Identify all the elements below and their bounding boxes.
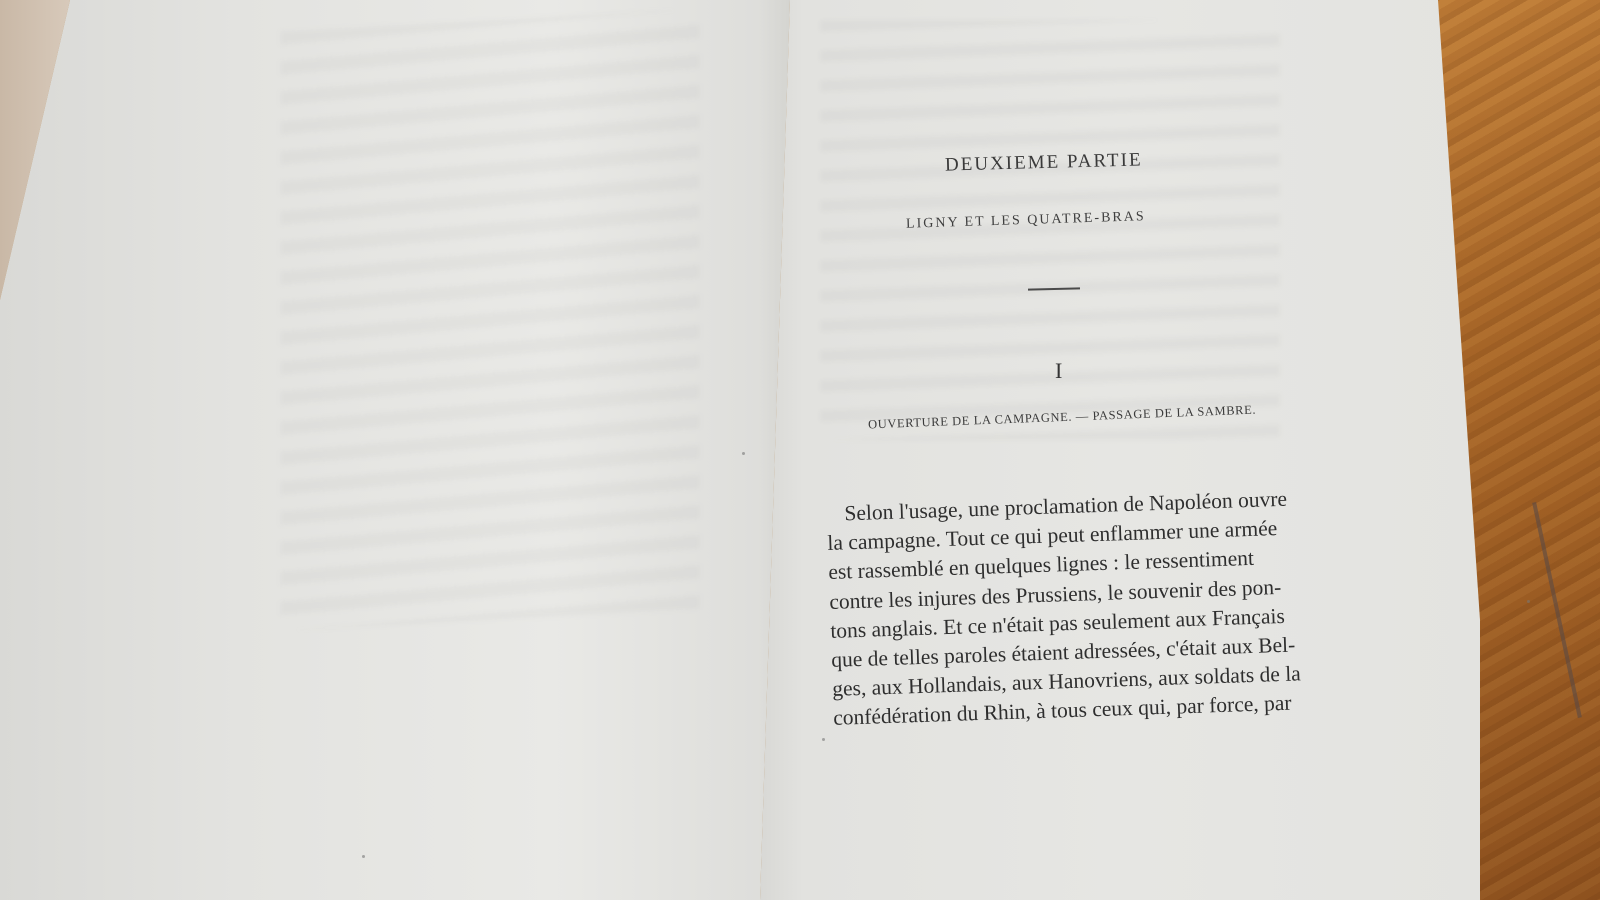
paper-speck [822, 738, 825, 741]
body-paragraph: Selon l'usage, une proclamation de Napol… [826, 481, 1393, 733]
paper-speck [742, 452, 745, 455]
book-photo: DEUXIEME PARTIE LIGNY ET LES QUATRE-BRAS… [0, 0, 1600, 900]
paper-speck [362, 855, 365, 858]
section-divider [1028, 287, 1080, 290]
part-subheading: LIGNY ET LES QUATRE-BRAS [906, 209, 1146, 233]
chapter-number: I [1055, 358, 1062, 384]
chapter-title: OUVERTURE DE LA CAMPAGNE. — PASSAGE DE L… [868, 403, 1256, 433]
right-page-content: DEUXIEME PARTIE LIGNY ET LES QUATRE-BRAS… [0, 0, 1600, 900]
part-heading: DEUXIEME PARTIE [945, 149, 1143, 176]
paper-speck [1527, 600, 1530, 603]
